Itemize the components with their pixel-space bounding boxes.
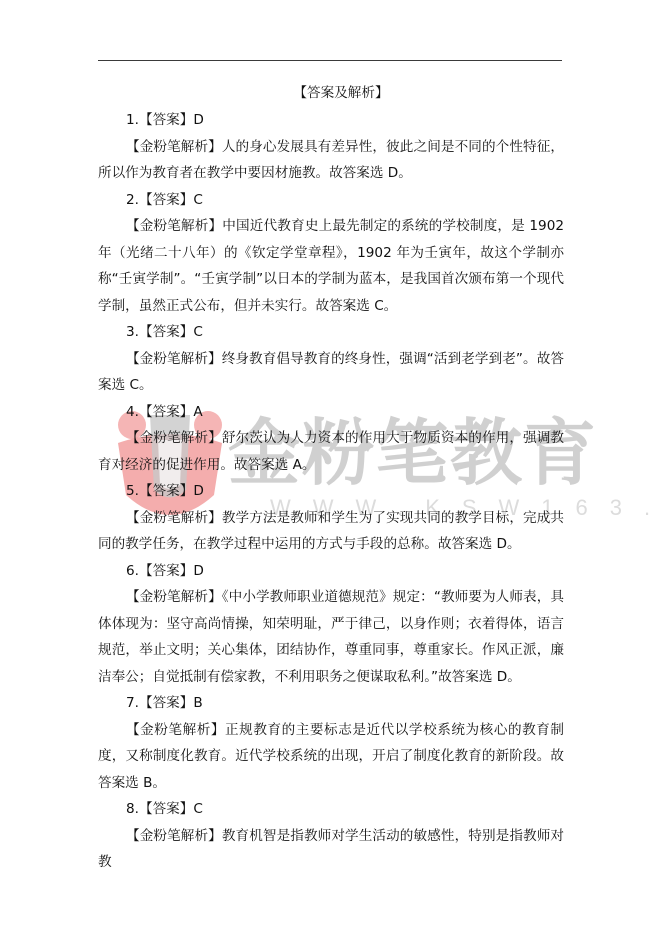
answer-line-3: 3.【答案】C — [98, 319, 564, 346]
answer-content: 【答案及解析】 1.【答案】D 【金粉笔解析】人的身心发展具有差异性，彼此之间是… — [98, 80, 564, 876]
page-title: 【答案及解析】 — [98, 80, 564, 106]
explanation-6: 【金粉笔解析】《中小学教师职业道德规范》规定：“教师要为人师表，具体体现为：坚守… — [98, 584, 564, 690]
explanation-4: 【金粉笔解析】舒尔茨认为人力资本的作用大于物质资本的作用，强调教育对经济的促进作… — [98, 425, 564, 478]
answer-line-4: 4.【答案】A — [98, 399, 564, 426]
answer-line-8: 8.【答案】C — [98, 796, 564, 823]
answer-line-7: 7.【答案】B — [98, 690, 564, 717]
explanation-2: 【金粉笔解析】中国近代教育史上最先制定的系统的学校制度，是 1902 年（光绪二… — [98, 213, 564, 319]
document-page: 金粉笔教育 WWW.KSW163.COM 【答案及解析】 1.【答案】D 【金粉… — [0, 0, 660, 933]
explanation-8: 【金粉笔解析】教育机智是指教师对学生活动的敏感性，特别是指教师对教 — [98, 823, 564, 876]
answer-line-1: 1.【答案】D — [98, 107, 564, 134]
answer-line-6: 6.【答案】D — [98, 558, 564, 585]
explanation-3: 【金粉笔解析】终身教育倡导教育的终身性，强调“活到老学到老”。故答案选 C。 — [98, 346, 564, 399]
answer-line-5: 5.【答案】D — [98, 478, 564, 505]
explanation-7: 【金粉笔解析】正规教育的主要标志是近代以学校系统为核心的教育制度，又称制度化教育… — [98, 717, 564, 797]
header-divider — [98, 60, 562, 61]
explanation-5: 【金粉笔解析】教学方法是教师和学生为了实现共同的教学目标，完成共同的教学任务，在… — [98, 505, 564, 558]
explanation-1: 【金粉笔解析】人的身心发展具有差异性，彼此之间是不同的个性特征，所以作为教育者在… — [98, 134, 564, 187]
answer-line-2: 2.【答案】C — [98, 187, 564, 214]
